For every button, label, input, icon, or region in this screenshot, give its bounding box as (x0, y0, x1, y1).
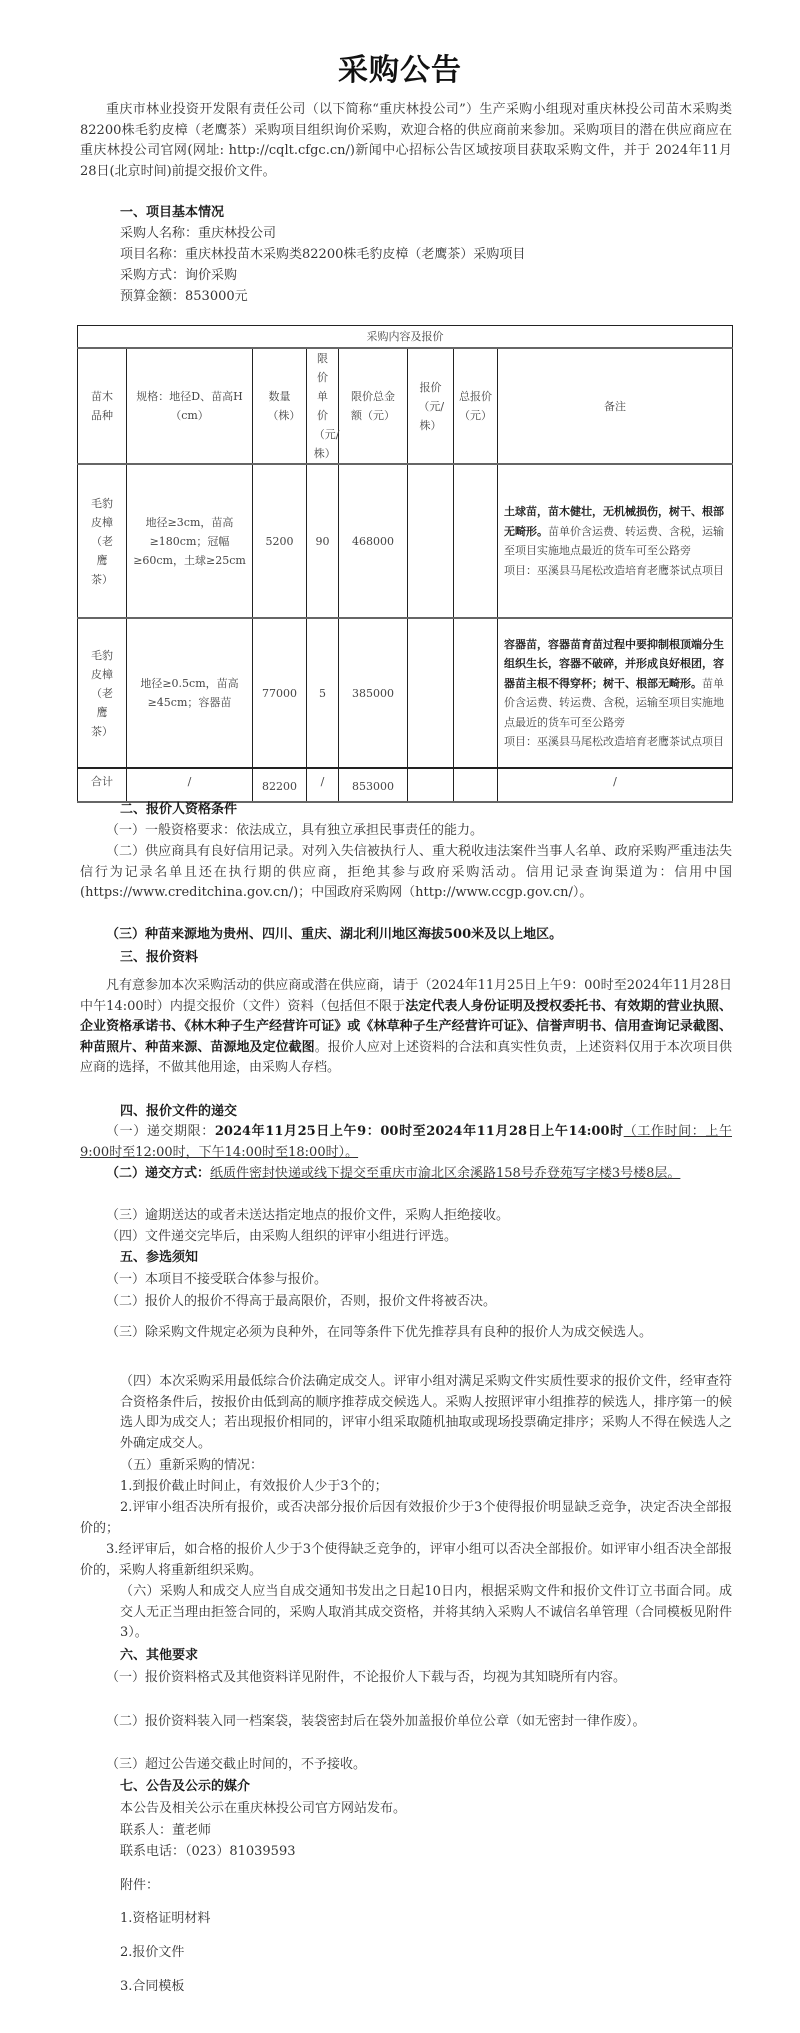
cell-quote-price[interactable] (408, 618, 454, 768)
total-remark: / (498, 768, 733, 802)
table-total-row: 合计 / 82200 / 853000 / (78, 768, 733, 802)
cell-remark: 土球苗，苗木健壮，无机械损伤，树干、根部无畸形。苗单价含运费、转运费、含税，运输… (498, 464, 733, 618)
purchaser-name: 采购人名称：重庆林投公司 (120, 224, 276, 244)
section4-item4: （四）文件递交完毕后，由采购人组织的评审小组进行评选。 (80, 1227, 732, 1248)
budget-amount: 预算金额：853000元 (120, 287, 248, 307)
cell-remark: 容器苗，容器苗育苗过程中要抑制根顶端分生组织生长，容器不破碎，并形成良好根团，容… (498, 618, 733, 768)
section5-item1: （一）本项目不接受联合体参与报价。 (80, 1270, 732, 1291)
total-label: 合计 (78, 768, 127, 802)
total-qty: 82200 (253, 768, 307, 802)
contact-person: 联系人：董老师 (120, 1821, 211, 1841)
total-quote-price[interactable] (408, 768, 454, 802)
section5-heading: 五、参选须知 (120, 1248, 198, 1268)
section3-paragraph: 凡有意参加本次采购活动的供应商或潜在供应商，请于（2024年11月25日上午9：… (80, 976, 732, 1079)
section5-item4: （四）本次采购采用最低综合价法确定成交人。评审小组对满足采购文件实质性要求的报价… (120, 1372, 732, 1454)
section2-item1: （一）一般资格要求：依法成立，具有独立承担民事责任的能力。 (80, 821, 732, 842)
total-spec: / (127, 768, 253, 802)
header-quote-total: 总报价（元） (454, 348, 498, 464)
table-title: 采购内容及报价 (78, 326, 733, 349)
header-variety: 苗木品种 (78, 348, 127, 464)
procurement-announcement-page: 采购公告 重庆市林业投资开发限有责任公司（以下简称“重庆林投公司”）生产采购小组… (0, 0, 800, 2033)
header-quote-price: 报价（元/株） (408, 348, 454, 464)
section6-item3: （三）超过公告递交截止时间的，不予接收。 (80, 1755, 732, 1776)
section5-item5-2: 2.评审小组否决所有报价，或否决部分报价后因有效报价少于3个使得报价明显缺乏竞争… (80, 1498, 732, 1539)
cell-spec: 地径≥0.5cm，苗高≥45cm；容器苗 (127, 618, 253, 768)
header-qty: 数量（株） (253, 348, 307, 464)
section4-item3: （三）逾期送达的或者未送达指定地点的报价文件，采购人拒绝接收。 (80, 1206, 732, 1227)
cell-limit-total: 385000 (339, 618, 408, 768)
section5-item6: （六）采购人和成交人应当自成交通知书发出之日起10日内，根据采购文件和报价文件订… (120, 1582, 732, 1644)
total-limit-total: 853000 (339, 768, 408, 802)
section5-item5-1: 1.到报价截止时间止，有效报价人少于3个的； (120, 1477, 388, 1497)
section5-item2: （二）报价人的报价不得高于最高限价，否则，报价文件将被否决。 (80, 1292, 732, 1313)
contact-phone: 联系电话：（023）81039593 (120, 1842, 295, 1862)
cell-limit-total: 468000 (339, 464, 408, 618)
cell-qty: 77000 (253, 618, 307, 768)
attachment-link[interactable]: 1.资格证明材料 (120, 1909, 210, 1929)
cell-variety: 毛豹皮樟（老鹰茶） (78, 618, 127, 768)
attachment-link[interactable]: 3.合同模板 (120, 1977, 184, 1997)
cell-limit-price: 90 (307, 464, 339, 618)
procurement-table: 采购内容及报价 苗木品种 规格：地径D、苗高H（cm） 数量（株） 限价单价（元… (77, 325, 733, 803)
cell-limit-price: 5 (307, 618, 339, 768)
table-row: 毛豹皮樟（老鹰茶） 地径≥0.5cm，苗高≥45cm；容器苗 77000 5 3… (78, 618, 733, 768)
attachment-link[interactable]: 2.报价文件 (120, 1943, 184, 1963)
table-row: 毛豹皮樟（老鹰茶） 地径≥3cm，苗高≥180cm；冠幅≥60cm，土球≥25c… (78, 464, 733, 618)
intro-paragraph: 重庆市林业投资开发限有责任公司（以下简称“重庆林投公司”）生产采购小组现对重庆林… (80, 100, 732, 182)
section2-item3: （三）种苗来源地为贵州、四川、重庆、湖北利川地区海拔500米及以上地区。 (80, 925, 732, 946)
cell-spec: 地径≥3cm，苗高≥180cm；冠幅≥60cm，土球≥25cm (127, 464, 253, 618)
cell-variety: 毛豹皮樟（老鹰茶） (78, 464, 127, 618)
section5-item5-3: 3.经评审后，如合格的报价人少于3个使得缺乏竞争的，评审小组可以否决全部报价。如… (80, 1540, 732, 1581)
procurement-method: 采购方式：询价采购 (120, 266, 237, 286)
attachments-label: 附件： (120, 1876, 159, 1896)
section6-heading: 六、其他要求 (120, 1646, 198, 1666)
cell-quote-total[interactable] (454, 464, 498, 618)
header-spec: 规格：地径D、苗高H（cm） (127, 348, 253, 464)
section3-heading: 三、报价资料 (120, 948, 198, 968)
section4-heading: 四、报价文件的递交 (120, 1102, 237, 1122)
header-limit-price: 限价单价（元/株） (307, 348, 339, 464)
section7-heading: 七、公告及公示的媒介 (120, 1777, 250, 1797)
total-quote-total[interactable] (454, 768, 498, 802)
section4-item2: （二）递交方式：纸质件密封快递或线下提交至重庆市渝北区余溪路158号乔登苑写字楼… (80, 1164, 732, 1185)
total-limit-price: / (307, 768, 339, 802)
publish-media: 本公告及相关公示在重庆林投公司官方网站发布。 (120, 1799, 406, 1819)
section6-item2: （二）报价资料装入同一档案袋，装袋密封后在袋外加盖报价单位公章（如无密封一律作废… (80, 1712, 732, 1733)
section2-item2: （二）供应商具有良好信用记录。对列入失信被执行人、重大税收违法案件当事人名单、政… (80, 842, 732, 904)
project-name: 项目名称：重庆林投苗木采购类82200株毛豹皮樟（老鹰茶）采购项目 (120, 245, 525, 265)
section1-heading: 一、项目基本情况 (120, 203, 224, 223)
cell-quote-total[interactable] (454, 618, 498, 768)
page-title: 采购公告 (0, 45, 800, 89)
cell-quote-price[interactable] (408, 464, 454, 618)
cell-qty: 5200 (253, 464, 307, 618)
section4-item1: （一）递交期限：2024年11月25日上午9：00时至2024年11月28日上午… (80, 1122, 732, 1163)
section5-item5: （五）重新采购的情况： (120, 1456, 263, 1476)
header-limit-total: 限价总金额（元） (339, 348, 408, 464)
header-remark: 备注 (498, 348, 733, 464)
section5-item3: （三）除采购文件规定必须为良种外，在同等条件下优先推荐具有良种的报价人为成交候选… (80, 1316, 732, 1349)
section2-heading: 二、报价人资格条件 (120, 800, 237, 820)
section6-item1: （一）报价资料格式及其他资料详见附件，不论报价人下载与否，均视为其知晓所有内容。 (80, 1668, 732, 1689)
table-header-row: 苗木品种 规格：地径D、苗高H（cm） 数量（株） 限价单价（元/株） 限价总金… (78, 348, 733, 464)
